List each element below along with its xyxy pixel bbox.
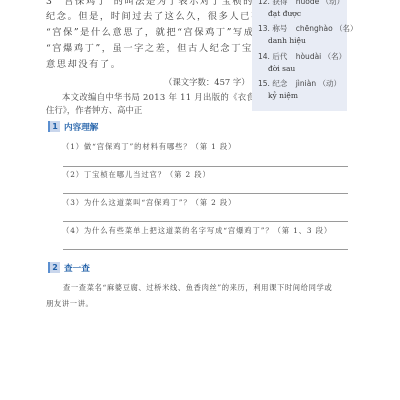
vocab-translation: đời sau bbox=[268, 64, 295, 73]
task-text-line2: 朋友讲一讲。 bbox=[46, 299, 93, 309]
source-note-line2: 住行》，作者钟方、高中正 bbox=[46, 104, 142, 116]
vocab-pinyin: chēnghào bbox=[296, 24, 333, 33]
vocab-pinyin: huòdé bbox=[296, 0, 319, 6]
question: （4）为什么有些菜单上把这道菜的名字写成“宫爆鸡丁”？（第 1、3 段） bbox=[62, 226, 332, 236]
word-count: （课文字数：457 字） bbox=[164, 76, 250, 88]
vocab-pos: （名） bbox=[335, 24, 358, 33]
vocab-number: 15. bbox=[258, 79, 270, 88]
answer-line[interactable] bbox=[63, 221, 348, 222]
vocab-number: 12. bbox=[258, 0, 270, 6]
answer-line[interactable] bbox=[63, 193, 348, 194]
passage-line: 纪念。但是，时间过去了这么久，很多人已不知 bbox=[46, 11, 273, 23]
vocab-pos: （动） bbox=[322, 0, 345, 6]
question: （1）做“宫保鸡丁”的材料有哪些？（第 1 段） bbox=[62, 142, 236, 152]
vocab-entry: 15. 纪念 jìniàn （动） bbox=[258, 78, 341, 89]
vocab-number: 14. bbox=[258, 52, 270, 61]
vocab-entry: 12. 获得 huòdé （动） bbox=[258, 0, 344, 7]
section-number-badge: 2 bbox=[48, 262, 60, 273]
vocab-word: 后代 bbox=[272, 52, 287, 61]
vocabulary-box: 12. 获得 huòdé （动） đạt được 13. 称号 chēnghà… bbox=[252, 0, 347, 111]
vocab-pos: （名） bbox=[324, 52, 347, 61]
vocab-translation: kỷ niệm bbox=[268, 91, 298, 100]
question: （2）丁宝桢在哪儿当过官？（第 2 段） bbox=[62, 170, 211, 180]
vocab-pinyin: jìniàn bbox=[296, 79, 316, 88]
answer-line[interactable] bbox=[63, 249, 348, 250]
vocab-entry: 14. 后代 hòudài （名） bbox=[258, 51, 346, 62]
passage-line: “宫爆鸡丁”，虽一字之差，但古人纪念丁宝桢的 bbox=[46, 43, 274, 55]
question: （3）为什么这道菜叫“宫保鸡丁”？（第 2 段） bbox=[62, 198, 236, 208]
answer-line[interactable] bbox=[63, 166, 348, 167]
source-note-line1: 本文改编自中华书局 2013 年 11 月出版的《衣食 bbox=[62, 91, 255, 103]
vocab-pos: （动） bbox=[318, 79, 341, 88]
vocab-translation: danh hiệu bbox=[268, 36, 306, 45]
vocab-entry: 13. 称号 chēnghào （名） bbox=[258, 23, 358, 34]
passage-line: “宫保”是什么意思了，就把“宫保鸡丁”写成了 bbox=[46, 27, 265, 39]
vocab-word: 称号 bbox=[272, 24, 287, 33]
vocab-word: 获得 bbox=[272, 0, 287, 6]
vocab-number: 13. bbox=[258, 24, 270, 33]
section-title: 查一查 bbox=[64, 262, 90, 274]
passage-line: 意思却没有了。 bbox=[46, 59, 122, 71]
vocab-translation: đạt được bbox=[268, 9, 301, 18]
passage-line: 3 “宫保鸡丁”的叫法是为了表示对丁宝桢的 bbox=[46, 0, 254, 8]
vocab-word: 纪念 bbox=[272, 79, 287, 88]
section-number-badge: 1 bbox=[48, 121, 60, 132]
section-title: 内容理解 bbox=[64, 121, 98, 133]
task-text-line1: 查一查菜名“麻婆豆腐、过桥米线、鱼香肉丝”的来历，利用课下时间给同学或 bbox=[63, 283, 332, 293]
vocab-pinyin: hòudài bbox=[296, 52, 322, 61]
